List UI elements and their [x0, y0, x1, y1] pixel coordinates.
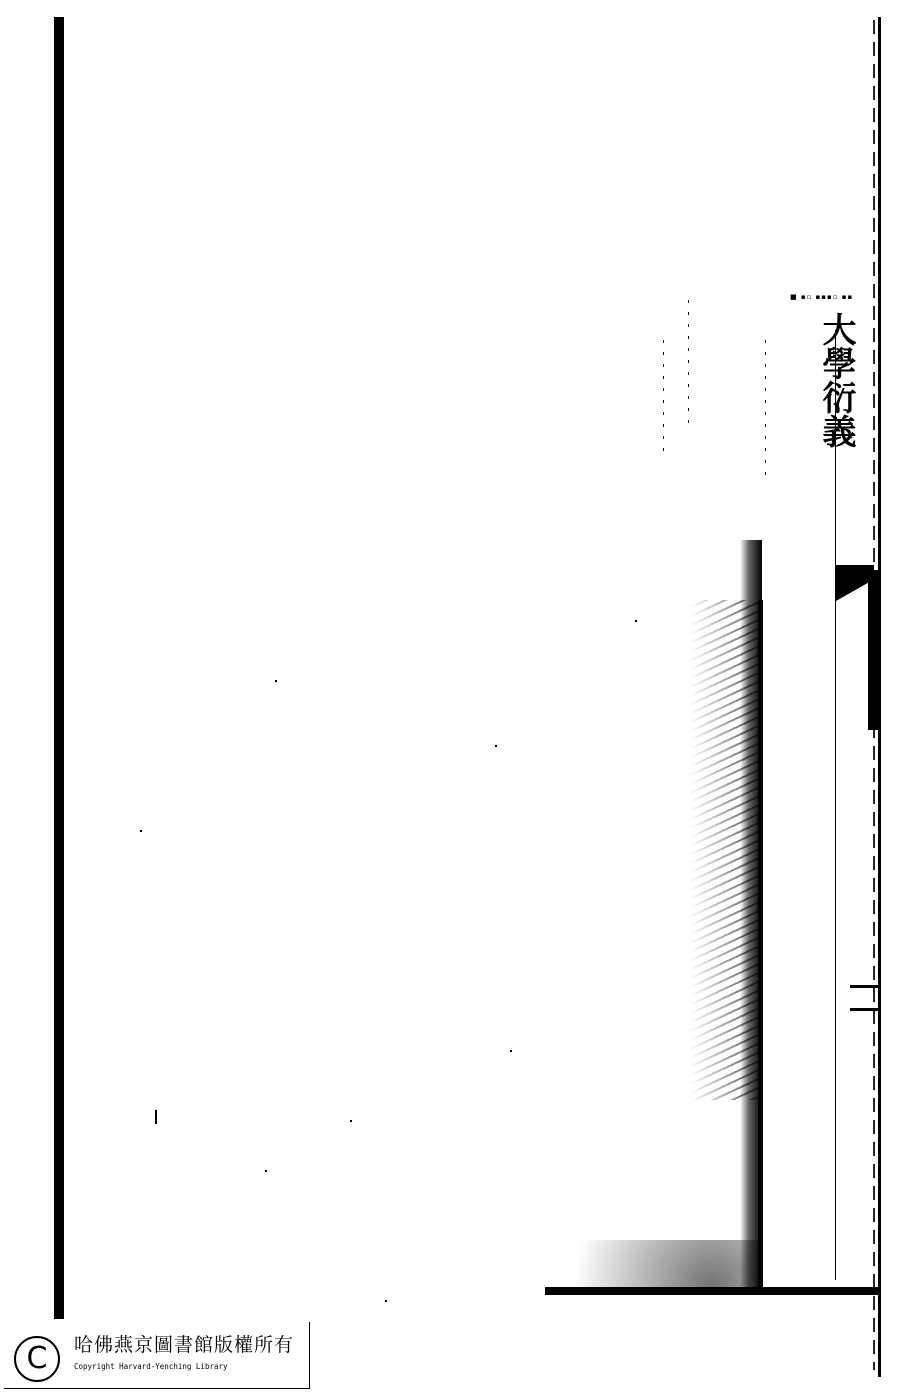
faint-ruling [663, 340, 664, 460]
faint-ruling [765, 340, 766, 480]
faint-ruling [688, 300, 689, 430]
right-page-edge [878, 17, 881, 1377]
copyright-english: Copyright Harvard-Yenching Library [74, 1362, 228, 1371]
copyright-icon: C [14, 1336, 60, 1382]
volume-marker-stroke [850, 1008, 878, 1011]
speck [265, 1170, 267, 1172]
volume-marker [850, 985, 878, 1031]
book-title: 大學衍義 [846, 312, 876, 448]
book-spine-edge [758, 600, 763, 1290]
scanned-page: ■ ▪▫ ▪▪▪▫ ▪▪ 大學衍義 C 哈佛燕京圖書館版權所有 Copyrigh… [0, 0, 900, 1395]
speck [510, 1050, 512, 1052]
speck [140, 830, 142, 832]
volume-marker-stroke [850, 985, 878, 988]
bottom-edge-bar [545, 1287, 880, 1295]
copyright-chinese: 哈佛燕京圖書館版權所有 [74, 1330, 294, 1357]
cover-top-text: ■ ▪▫ ▪▪▪▫ ▪▪ [790, 293, 853, 301]
speck [350, 1120, 352, 1122]
speck [275, 680, 277, 682]
copyright-notice: C 哈佛燕京圖書館版權所有 Copyright Harvard-Yenching… [4, 1322, 310, 1389]
speck [155, 1110, 157, 1124]
spine-dark-band [868, 570, 878, 730]
speck [495, 745, 497, 747]
left-binding-edge [54, 17, 64, 1319]
bottom-noise [520, 1240, 760, 1290]
speck [385, 1300, 387, 1302]
title-slip-frame-line [835, 330, 836, 1280]
speck [635, 620, 637, 622]
